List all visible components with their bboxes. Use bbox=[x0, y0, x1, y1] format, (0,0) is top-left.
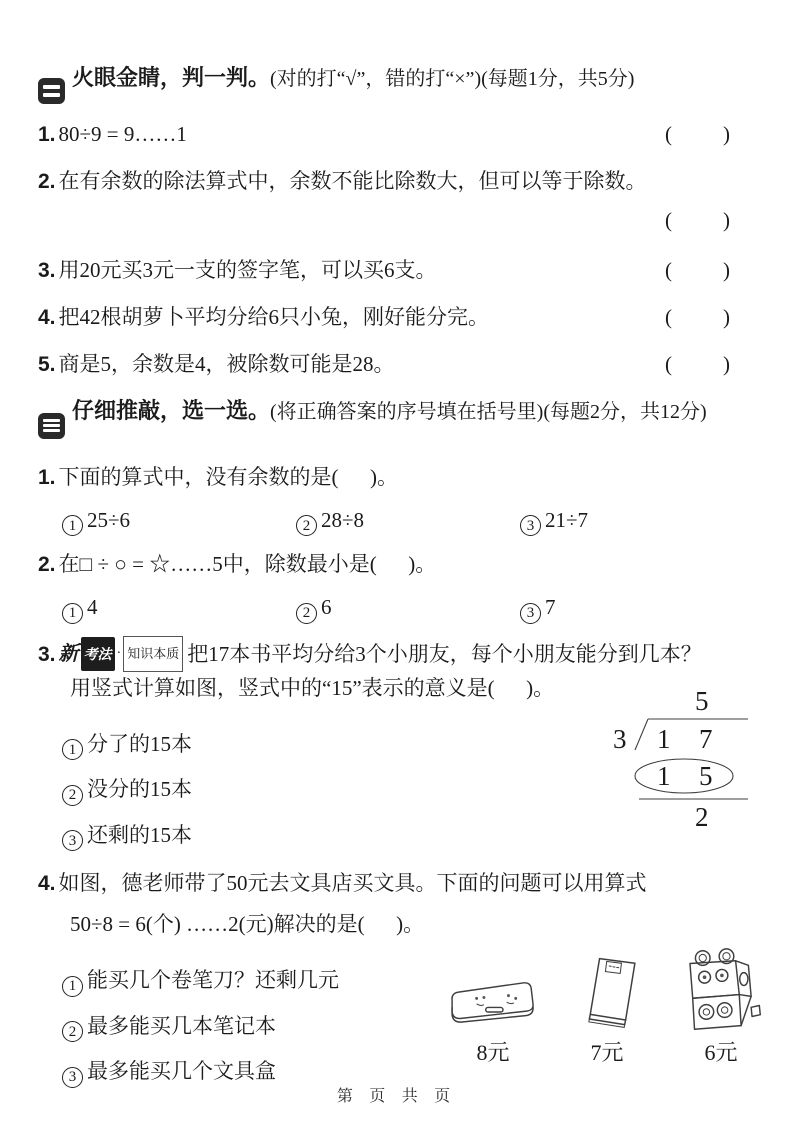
product-tens: 1 bbox=[657, 761, 671, 791]
question-text: 5.商是5，余数是4，被除数可能是28。 bbox=[38, 348, 395, 381]
circled-number-icon: 2 bbox=[296, 515, 317, 536]
worksheet-page: 火眼金睛，判一判。(对的打“√”，错的打“×”)(每题1分，共5分) 1.80÷… bbox=[0, 0, 793, 1122]
circled-number-icon: 1 bbox=[62, 739, 83, 760]
option-text: 25÷6 bbox=[87, 508, 130, 532]
question-body-line1: 把17本书平均分给3个小朋友，每个小朋友能分到几本？ bbox=[187, 642, 702, 666]
option-text: 4 bbox=[87, 595, 98, 619]
question-number: 1. bbox=[38, 466, 56, 489]
page-footer: 第 页 共 页 bbox=[0, 1083, 793, 1106]
options-row: 125÷6 228÷8 321÷7 bbox=[38, 504, 731, 537]
division-quotient: 5 bbox=[695, 686, 709, 716]
circled-number-icon: 2 bbox=[62, 785, 83, 806]
question-number: 4. bbox=[38, 872, 56, 895]
badge-bar bbox=[43, 424, 60, 427]
option-text: 最多能买几本笔记本 bbox=[87, 1014, 276, 1038]
section-judge-header: 火眼金睛，判一判。(对的打“√”，错的打“×”)(每题1分，共5分) bbox=[38, 62, 731, 104]
circled-number-icon: 3 bbox=[62, 830, 83, 851]
question-body-line1: 如图，德老师带了50元去文具店买文具。下面的问题可以用算式 bbox=[59, 871, 647, 895]
question-body: 80÷9 = 9……1 bbox=[59, 122, 187, 146]
question-number: 2. bbox=[38, 170, 56, 193]
question-text: 4.如图，德老师带了50元去文具店买文具。下面的问题可以用算式 bbox=[38, 867, 731, 900]
division-bracket-slash bbox=[635, 719, 648, 750]
badge-note-label: 知识本质 bbox=[123, 636, 183, 672]
circled-number-icon: 1 bbox=[62, 976, 83, 997]
judge-question-5: 5.商是5，余数是4，被除数可能是28。 ( ) bbox=[38, 348, 731, 381]
choice-question-2: 2.在□ ÷ ○ = ☆……5中，除数最小是( )。 14 26 37 bbox=[38, 548, 731, 624]
option-1: 14 bbox=[62, 591, 296, 624]
option-text: 分了的15本 bbox=[87, 732, 192, 756]
question-text: 4.把42根胡萝卜平均分给6只小兔，刚好能分完。 bbox=[38, 301, 489, 334]
circled-number-icon: 3 bbox=[520, 515, 541, 536]
badge-bar bbox=[43, 93, 60, 97]
answer-bracket: ( ) bbox=[665, 348, 731, 380]
answer-bracket: ( ) bbox=[665, 208, 731, 232]
item-price: 8元 bbox=[443, 1041, 543, 1065]
item-notebook: 7元 bbox=[557, 953, 657, 1065]
product-ones: 5 bbox=[699, 761, 713, 791]
section-choice-subtitle: (将正确答案的序号填在括号里)(每题2分，共12分) bbox=[270, 401, 707, 423]
choice-question-4: 4.如图，德老师带了50元去文具店买文具。下面的问题可以用算式 50÷8 = 6… bbox=[38, 867, 731, 1088]
question-text: 3.新考法·知识本质把17本书平均分给3个小朋友，每个小朋友能分到几本？ bbox=[38, 636, 731, 672]
dividend-ones: 7 bbox=[699, 724, 713, 754]
pencil-case-icon bbox=[443, 953, 543, 1033]
long-division-figure: 5 3 1 7 1 5 2 bbox=[591, 686, 761, 840]
option-2: 228÷8 bbox=[296, 504, 520, 537]
question-number: 5. bbox=[38, 353, 56, 376]
circled-number-icon: 2 bbox=[296, 603, 317, 624]
section-judge-subtitle: (对的打“√”，错的打“×”)(每题1分，共5分) bbox=[270, 68, 634, 90]
question-text: 1.80÷9 = 9……1 bbox=[38, 118, 187, 151]
section-three-icon bbox=[38, 413, 65, 439]
circled-number-icon: 2 bbox=[62, 1021, 83, 1042]
circled-number-icon: 1 bbox=[62, 603, 83, 624]
stationery-items-figure: 8元 7元 bbox=[443, 953, 771, 1065]
option-text: 最多能买几个文具盒 bbox=[87, 1059, 276, 1083]
option-text: 6 bbox=[321, 595, 332, 619]
choice-question-3: 3.新考法·知识本质把17本书平均分给3个小朋友，每个小朋友能分到几本？ 用竖式… bbox=[38, 636, 731, 852]
section-choice-header: 仔细推敲，选一选。(将正确答案的序号填在括号里)(每题2分，共12分) bbox=[38, 395, 731, 439]
question-number: 2. bbox=[38, 553, 56, 576]
question-number: 3. bbox=[38, 259, 56, 282]
option-text: 21÷7 bbox=[545, 508, 588, 532]
question-number: 4. bbox=[38, 306, 56, 329]
question-text: 3.用20元买3元一支的签字笔，可以买6支。 bbox=[38, 254, 437, 287]
circled-number-icon: 1 bbox=[62, 515, 83, 536]
answer-bracket-line: ( ) bbox=[38, 204, 731, 236]
question-text: 2.在□ ÷ ○ = ☆……5中，除数最小是( )。 bbox=[38, 548, 731, 581]
section-two-icon bbox=[38, 78, 65, 104]
judge-question-1: 1.80÷9 = 9……1 ( ) bbox=[38, 118, 731, 151]
option-text: 能买几个卷笔刀？还剩几元 bbox=[87, 968, 339, 992]
badge-dot: · bbox=[117, 638, 122, 670]
option-3: 321÷7 bbox=[520, 504, 588, 537]
option-text: 7 bbox=[545, 595, 556, 619]
option-1: 125÷6 bbox=[62, 504, 296, 537]
worksheet-content: 火眼金睛，判一判。(对的打“√”，错的打“×”)(每题1分，共5分) 1.80÷… bbox=[0, 0, 793, 1088]
answer-bracket: ( ) bbox=[665, 254, 731, 286]
badge-bar bbox=[43, 419, 60, 422]
notebook-icon bbox=[557, 953, 657, 1033]
item-sharpener: 6元 bbox=[671, 953, 771, 1065]
product-circle bbox=[635, 759, 733, 793]
question-body: 下面的算式中，没有余数的是( )。 bbox=[59, 465, 399, 489]
question-body-line2: 50÷8 = 6(个) ……2(元)解决的是( )。 bbox=[38, 908, 731, 940]
question-number: 3. bbox=[38, 643, 56, 666]
question-body: 在□ ÷ ○ = ☆……5中，除数最小是( )。 bbox=[59, 552, 437, 576]
question-body: 把42根胡萝卜平均分给6只小兔，刚好能分完。 bbox=[59, 305, 490, 329]
section-choice-title: 仔细推敲，选一选。 bbox=[72, 398, 270, 423]
option-text: 没分的15本 bbox=[87, 777, 192, 801]
option-3: 37 bbox=[520, 591, 556, 624]
option-text: 28÷8 bbox=[321, 508, 364, 532]
badge-bar bbox=[43, 85, 60, 89]
choice-question-1: 1.下面的算式中，没有余数的是( )。 125÷6 228÷8 321÷7 bbox=[38, 461, 731, 537]
judge-question-3: 3.用20元买3元一支的签字笔，可以买6支。 ( ) bbox=[38, 254, 731, 287]
judge-question-2: 2.在有余数的除法算式中，余数不能比除数大，但可以等于除数。 ( ) bbox=[38, 165, 731, 236]
badge-method-label: 考法 bbox=[81, 637, 115, 671]
item-price: 7元 bbox=[557, 1041, 657, 1065]
division-divisor: 3 bbox=[613, 724, 627, 754]
item-price: 6元 bbox=[671, 1041, 771, 1065]
new-method-badge: 新考法·知识本质 bbox=[59, 636, 184, 672]
question-body: 用20元买3元一支的签字笔，可以买6支。 bbox=[59, 258, 437, 282]
question-text: 1.下面的算式中，没有余数的是( )。 bbox=[38, 461, 731, 494]
badge-new-label: 新 bbox=[59, 638, 79, 670]
question-body: 商是5，余数是4，被除数可能是28。 bbox=[59, 352, 395, 376]
question-number: 1. bbox=[38, 123, 56, 146]
options-row: 14 26 37 bbox=[38, 591, 731, 624]
section-judge-title: 火眼金睛，判一判。 bbox=[72, 65, 270, 90]
division-remainder: 2 bbox=[695, 802, 709, 831]
dividend-tens: 1 bbox=[657, 724, 671, 754]
judge-question-4: 4.把42根胡萝卜平均分给6只小兔，刚好能分完。 ( ) bbox=[38, 301, 731, 334]
question-text: 2.在有余数的除法算式中，余数不能比除数大，但可以等于除数。 bbox=[38, 165, 731, 198]
circled-number-icon: 3 bbox=[520, 603, 541, 624]
answer-bracket: ( ) bbox=[665, 118, 731, 150]
option-2: 26 bbox=[296, 591, 520, 624]
badge-bar bbox=[43, 429, 60, 432]
answer-bracket: ( ) bbox=[665, 301, 731, 333]
question-body: 在有余数的除法算式中，余数不能比除数大，但可以等于除数。 bbox=[59, 169, 647, 193]
item-pencil-case: 8元 bbox=[443, 953, 543, 1065]
long-division-svg: 5 3 1 7 1 5 2 bbox=[591, 686, 761, 831]
option-text: 还剩的15本 bbox=[87, 823, 192, 847]
sharpener-icon bbox=[671, 953, 771, 1033]
